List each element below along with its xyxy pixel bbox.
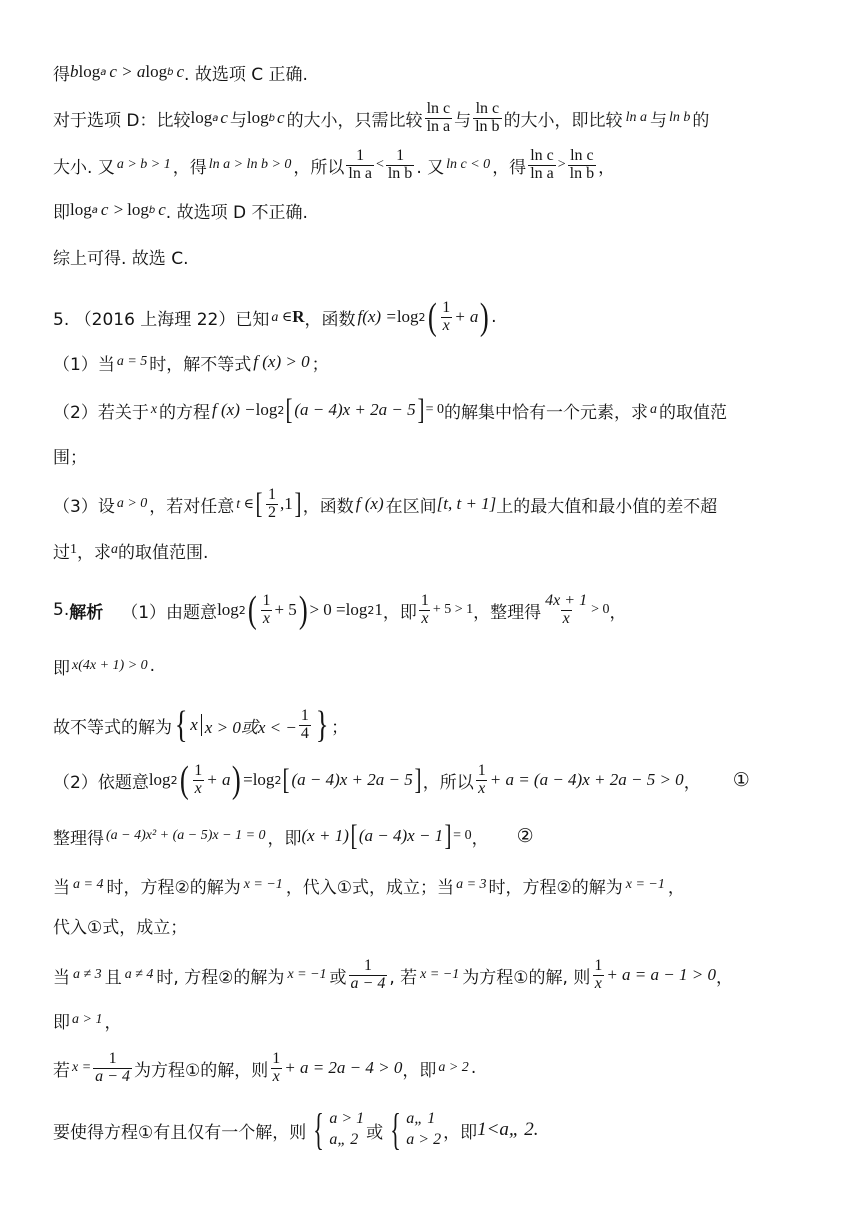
math: c bbox=[220, 108, 228, 128]
text: , 若 bbox=[389, 963, 417, 988]
math: log bbox=[217, 600, 239, 620]
text: 当 bbox=[53, 963, 70, 988]
text: 时，方程②的解为 bbox=[489, 873, 623, 898]
subscript: 2 bbox=[171, 774, 178, 787]
math: a = 4 bbox=[73, 877, 103, 893]
solution-final: 要使得方程①有且仅有一个解，则 { a > 1a„ 2 或 { a„ 1a > … bbox=[53, 1110, 538, 1150]
math: (x + 1) bbox=[302, 826, 349, 846]
subscript: 2 bbox=[239, 604, 246, 617]
text: （2）若关于 bbox=[53, 398, 149, 423]
math: + 5 > 1 bbox=[433, 602, 473, 618]
math: a ≠ 3 bbox=[73, 967, 102, 983]
text: ，即 bbox=[383, 598, 417, 623]
math: a bbox=[111, 542, 118, 558]
math: log bbox=[253, 770, 275, 790]
text: . 故选项 C 正确. bbox=[184, 60, 308, 85]
math: log bbox=[145, 62, 167, 82]
math: a > 2 bbox=[438, 1060, 468, 1076]
math: x = −1 bbox=[287, 967, 326, 983]
math: ln a bbox=[626, 110, 647, 126]
math: x > 0或x < − bbox=[205, 713, 297, 738]
text: ， bbox=[668, 873, 685, 898]
text: ，整理得 bbox=[473, 598, 541, 623]
math: f (x) > 0 bbox=[253, 352, 309, 372]
bracket: [ bbox=[286, 395, 293, 425]
math: < bbox=[376, 157, 384, 173]
math: t ∈ bbox=[236, 496, 254, 513]
text: ， bbox=[716, 963, 733, 988]
text: . bbox=[471, 1058, 476, 1078]
text: 在区间 bbox=[386, 492, 437, 517]
math: = bbox=[243, 770, 253, 790]
math: x = bbox=[72, 1060, 91, 1076]
text: 的解集中恰有一个元素，求 bbox=[444, 398, 648, 423]
text: 的方程 bbox=[159, 398, 210, 423]
subscript: 2 bbox=[274, 774, 281, 787]
problem-5-part-2-cont: 围； bbox=[53, 435, 87, 475]
text: 故不等式的解为 bbox=[53, 713, 172, 738]
text: （3）设 bbox=[53, 492, 115, 517]
text: ，即 bbox=[268, 824, 302, 849]
text: ， bbox=[472, 824, 489, 849]
math: c > a bbox=[109, 62, 145, 82]
text: ，求 bbox=[77, 538, 111, 563]
math: + a = 2a − 4 > 0 bbox=[284, 1058, 402, 1078]
subscript: 2 bbox=[277, 404, 284, 417]
math: log bbox=[346, 600, 368, 620]
line-compare: 大小. 又 a > b > 1 ，得 ln a > ln b > 0 ，所以 1… bbox=[53, 145, 615, 185]
paren: ( bbox=[427, 298, 436, 336]
math: x = −1 bbox=[626, 877, 665, 893]
paren: ( bbox=[248, 591, 257, 629]
math: a bbox=[650, 402, 657, 418]
math: log bbox=[79, 62, 101, 82]
math: = 0 bbox=[426, 402, 444, 418]
text: 为方程①的解, 则 bbox=[462, 963, 590, 988]
equation-label-1: ① bbox=[733, 769, 750, 791]
text: ，函数 bbox=[304, 305, 355, 330]
bracket: ] bbox=[294, 489, 301, 519]
math: f (x) bbox=[356, 494, 384, 514]
brace: { bbox=[175, 706, 188, 744]
system-of-inequalities-2: { a„ 1a > 2 bbox=[385, 1108, 441, 1152]
text: 对于选项 D：比较 bbox=[53, 106, 191, 131]
system-of-inequalities-1: { a > 1a„ 2 bbox=[308, 1108, 364, 1152]
text: 的 bbox=[692, 106, 709, 131]
math: ln c < 0 bbox=[446, 157, 490, 173]
fraction: 1x bbox=[476, 763, 488, 798]
bracket: [ bbox=[256, 489, 263, 519]
line-conclusion-d: 即 loga c > logb c . 故选项 D 不正确. bbox=[53, 190, 308, 230]
bracket: [ bbox=[350, 821, 357, 851]
fraction: 12 bbox=[266, 487, 278, 522]
math: a = 5 bbox=[117, 354, 147, 370]
text: 5. （2016 上海理 22）已知 bbox=[53, 305, 269, 330]
math: + a = a − 1 > 0 bbox=[606, 965, 716, 985]
solution-part-2-factor: 整理得 (a − 4)x² + (a − 5)x − 1 = 0 ，即 (x +… bbox=[53, 816, 534, 856]
subscript: 2 bbox=[367, 604, 374, 617]
text: 时，方程②的解为 bbox=[106, 873, 240, 898]
math: log bbox=[70, 200, 92, 220]
problem-5-part-3: （3）设 a > 0 ，若对任意 t ∈ [ 12 ,1 ] ，函数 f (x)… bbox=[53, 484, 717, 524]
math: (a − 4)x − 1 bbox=[359, 826, 443, 846]
fraction: 1x bbox=[440, 300, 452, 335]
text: 或 bbox=[330, 963, 347, 988]
fraction: 1x bbox=[270, 1051, 282, 1086]
math: a ∈ bbox=[271, 309, 292, 326]
bracket: ] bbox=[414, 765, 421, 795]
line-conclusion-c: 得 b loga c > a logb c . 故选项 C 正确. bbox=[53, 52, 308, 92]
math: a ≠ 4 bbox=[125, 967, 154, 983]
text: 若 bbox=[53, 1056, 70, 1081]
math: c bbox=[177, 62, 185, 82]
text: ，所以 bbox=[423, 768, 474, 793]
solution-a-gt-1: 即 a > 1 ， bbox=[53, 1000, 121, 1040]
fraction: 1a − 4 bbox=[93, 1051, 132, 1086]
fraction: ln cln a bbox=[528, 148, 556, 183]
text: ，函数 bbox=[303, 492, 354, 517]
text: ，代入①式，成立；当 bbox=[286, 873, 454, 898]
text: 综上可得. 故选 C. bbox=[53, 244, 189, 269]
paren: ) bbox=[299, 591, 308, 629]
solution-part-1: 5. 解析 （1）由题意 log2 ( 1x + 5 ) > 0 = log2 … bbox=[53, 590, 626, 630]
text: 且 bbox=[105, 963, 122, 988]
fraction: 1x bbox=[592, 958, 604, 993]
solution-a-gt-2: 若 x = 1a − 4 为方程①的解，则 1x + a = 2a − 4 > … bbox=[53, 1048, 476, 1088]
text: ， bbox=[104, 1008, 121, 1033]
fraction: ln cln a bbox=[425, 101, 453, 136]
text: ， bbox=[609, 598, 626, 623]
text: ，所以 bbox=[293, 153, 344, 178]
set-divider bbox=[201, 714, 202, 736]
text: ； bbox=[312, 350, 329, 375]
math: a > b > 1 bbox=[117, 157, 171, 173]
math: > bbox=[558, 157, 566, 173]
text: 当 bbox=[53, 873, 70, 898]
subscript: a bbox=[212, 113, 218, 124]
math: = 0 bbox=[453, 828, 471, 844]
math: (x) = bbox=[362, 307, 397, 327]
text: 5. bbox=[53, 600, 69, 620]
text: 时, 方程②的解为 bbox=[156, 963, 284, 988]
math: c > bbox=[101, 200, 124, 220]
math: x = −1 bbox=[420, 967, 459, 983]
subscript: b bbox=[269, 113, 275, 124]
math: + a = (a − 4)x + 2a − 5 > 0 bbox=[490, 770, 684, 790]
solution-case-cont: 代入①式，成立； bbox=[53, 905, 187, 945]
text: . bbox=[150, 656, 155, 676]
math: log bbox=[127, 200, 149, 220]
math: + a bbox=[206, 770, 230, 790]
text: 大小. 又 bbox=[53, 153, 115, 178]
math: [t, t + 1] bbox=[437, 494, 497, 514]
solution-case-a4-a3: 当 a = 4 时，方程②的解为 x = −1 ，代入①式，成立；当 a = 3… bbox=[53, 865, 685, 905]
text: . 又 bbox=[416, 153, 444, 178]
fraction: 1ln b bbox=[386, 148, 414, 183]
subscript: a bbox=[92, 205, 98, 216]
math: 1 bbox=[374, 600, 383, 620]
fraction: 1a − 4 bbox=[349, 958, 388, 993]
fraction: 1ln a bbox=[346, 148, 374, 183]
text: 时，解不等式 bbox=[149, 350, 251, 375]
math: f (x) − bbox=[212, 400, 256, 420]
fraction: 1x bbox=[419, 593, 431, 628]
math: ln a > ln b > 0 bbox=[209, 157, 292, 173]
math: x bbox=[151, 402, 157, 418]
solution-part-2: （2）依题意 log2 ( 1x + a ) = log2 [ (a − 4)x… bbox=[53, 760, 750, 800]
text: ，即 bbox=[443, 1118, 477, 1143]
bracket: ] bbox=[445, 821, 452, 851]
math: log bbox=[247, 108, 269, 128]
math: 1 bbox=[70, 542, 77, 558]
math: > 0 = bbox=[309, 600, 345, 620]
solution-case-general: 当 a ≠ 3 且 a ≠ 4 时, 方程②的解为 x = −1 或 1a − … bbox=[53, 955, 733, 995]
solution-part-1-answer: 故不等式的解为 { x x > 0或x < − 14 } ； bbox=[53, 705, 348, 745]
text: 为方程①的解，则 bbox=[134, 1056, 268, 1081]
subscript: a bbox=[100, 67, 106, 78]
math: log bbox=[149, 770, 171, 790]
brace: } bbox=[316, 706, 329, 744]
math: x bbox=[190, 715, 198, 735]
problem-5-statement: 5. （2016 上海理 22）已知 a ∈ R ，函数 f (x) = log… bbox=[53, 297, 497, 337]
fraction: 4x + 1x bbox=[543, 593, 589, 628]
math: ln b bbox=[669, 110, 690, 126]
line-summary: 综上可得. 故选 C. bbox=[53, 236, 189, 276]
math: > 0 bbox=[591, 602, 609, 618]
text: 上的最大值和最小值的差不超 bbox=[496, 492, 717, 517]
problem-5-part-2: （2）若关于 x 的方程 f (x) − log2 [ (a − 4)x + 2… bbox=[53, 390, 727, 430]
text: 的取值范 bbox=[659, 398, 727, 423]
solution-heading: 解析 bbox=[69, 598, 103, 623]
math: x = −1 bbox=[244, 877, 283, 893]
math: + a bbox=[454, 307, 478, 327]
math: (a − 4)x² + (a − 5)x − 1 = 0 bbox=[106, 828, 266, 844]
text: 的取值范围. bbox=[118, 538, 208, 563]
text: ， bbox=[598, 153, 615, 178]
text: 得 bbox=[53, 60, 70, 85]
text: 即 bbox=[53, 654, 70, 679]
paren: ( bbox=[179, 761, 188, 799]
math: c bbox=[277, 108, 285, 128]
text: 整理得 bbox=[53, 824, 104, 849]
text: ，得 bbox=[173, 153, 207, 178]
text: 或 bbox=[366, 1118, 383, 1143]
text: 与 bbox=[650, 106, 667, 131]
math: (a − 4)x + 2a − 5 bbox=[291, 770, 412, 790]
math: log bbox=[191, 108, 213, 128]
math: a > 0 bbox=[117, 496, 147, 512]
paren: ) bbox=[232, 761, 241, 799]
text: 与 bbox=[230, 106, 247, 131]
math: a > 1 bbox=[72, 1012, 102, 1028]
fraction: 1x bbox=[192, 763, 204, 798]
text: 的大小，即比较 bbox=[504, 106, 623, 131]
text: 的大小，只需比较 bbox=[287, 106, 423, 131]
math: a = 3 bbox=[456, 877, 486, 893]
text: ，若对任意 bbox=[149, 492, 234, 517]
text: ， bbox=[684, 768, 701, 793]
bracket: [ bbox=[283, 765, 290, 795]
line-option-d: 对于选项 D：比较 loga c 与 logb c 的大小，只需比较 ln cl… bbox=[53, 98, 709, 138]
subscript: b bbox=[149, 205, 155, 216]
math: log bbox=[256, 400, 278, 420]
math: log bbox=[397, 307, 419, 327]
text: ，得 bbox=[492, 153, 526, 178]
math: x(4x + 1) > 0 bbox=[72, 658, 148, 674]
text: （2）依题意 bbox=[53, 768, 149, 793]
math: (a − 4)x + 2a − 5 bbox=[294, 400, 415, 420]
text: 即 bbox=[53, 198, 70, 223]
math-final-answer: 1<a„ 2. bbox=[477, 1119, 538, 1141]
text: 围； bbox=[53, 443, 87, 468]
text: 要使得方程①有且仅有一个解，则 bbox=[53, 1118, 306, 1143]
paren: ) bbox=[480, 298, 489, 336]
math: + 5 bbox=[274, 600, 296, 620]
math-reals: R bbox=[292, 307, 304, 327]
text: . bbox=[491, 307, 496, 327]
subscript: 2 bbox=[419, 311, 426, 324]
math: ,1 bbox=[280, 494, 293, 514]
fraction: 1x bbox=[260, 593, 272, 628]
text: . 故选项 D 不正确. bbox=[166, 198, 308, 223]
text: 过 bbox=[53, 538, 70, 563]
problem-5-part-1: （1）当 a = 5 时，解不等式 f (x) > 0 ； bbox=[53, 342, 329, 382]
solution-part-1-step: 即 x(4x + 1) > 0 . bbox=[53, 646, 155, 686]
text: 即 bbox=[53, 1008, 70, 1033]
problem-5-part-3-cont: 过 1 ，求 a 的取值范围. bbox=[53, 530, 208, 570]
fraction: ln cln b bbox=[473, 101, 501, 136]
subscript: b bbox=[167, 67, 173, 78]
fraction: ln cln b bbox=[568, 148, 596, 183]
text: （1）由题意 bbox=[121, 598, 217, 623]
text: ； bbox=[331, 713, 348, 738]
text: （1）当 bbox=[53, 350, 115, 375]
text: ，即 bbox=[402, 1056, 436, 1081]
math: c bbox=[158, 200, 166, 220]
math: b bbox=[70, 62, 79, 82]
fraction: 14 bbox=[299, 708, 311, 743]
text: 与 bbox=[454, 106, 471, 131]
equation-label-2: ② bbox=[517, 825, 534, 847]
bracket: ] bbox=[417, 395, 424, 425]
text: 代入①式，成立； bbox=[53, 913, 187, 938]
